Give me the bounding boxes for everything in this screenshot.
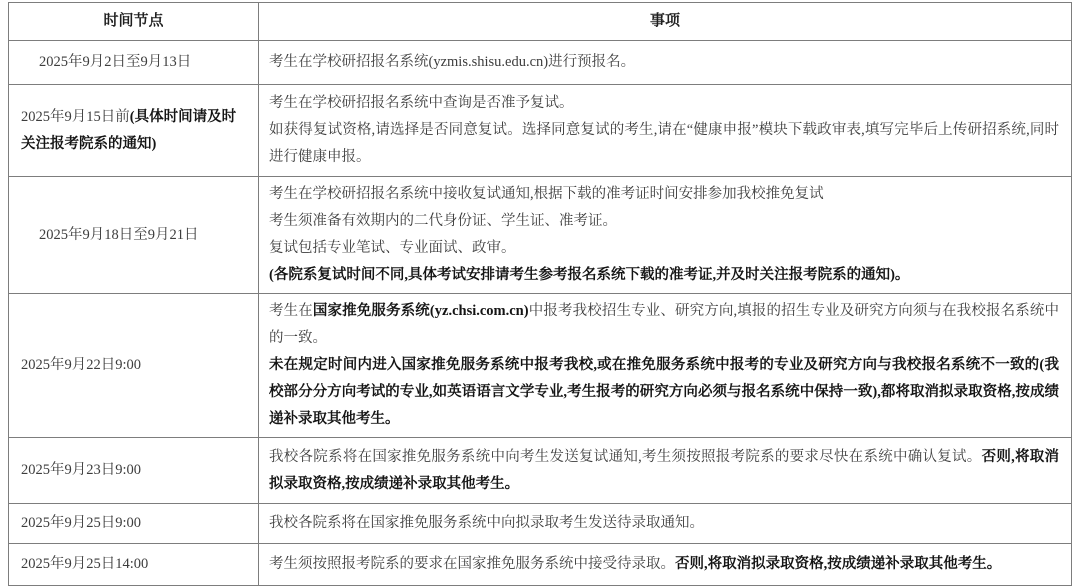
items-cell: 考生在学校研招报名系统(yzmis.shisu.edu.cn)进行预报名。 [259,41,1072,85]
text: 复试包括专业笔试、专业面试、政审。 [269,240,516,256]
items-cell: 考生在学校研招报名系统中接收复试通知,根据下载的准考证时间安排参加我校推免复试考… [259,177,1072,294]
text: 考生在学校研招报名系统中查询是否准予复试。 [269,95,574,111]
time-cell: 2025年9月25日9:00 [9,504,259,544]
table-body: 2025年9月2日至9月13日考生在学校研招报名系统(yzmis.shisu.e… [9,41,1072,586]
table-row: 2025年9月25日9:00我校各院系将在国家推免服务系统中向拟录取考生发送待录… [9,504,1072,544]
items-cell: 考生须按照报考院系的要求在国家推免服务系统中接受待录取。否则,将取消拟录取资格,… [259,544,1072,586]
bold-text: 未在规定时间内进入国家推免服务系统中报考我校,或在推免服务系统中报考的专业及研究… [269,357,1059,427]
page: 时间节点 事项 2025年9月2日至9月13日考生在学校研招报名系统(yzmis… [0,0,1080,581]
table-row: 2025年9月15日前(具体时间请及时关注报考院系的通知)考生在学校研招报名系统… [9,85,1072,177]
table-row: 2025年9月23日9:00我校各院系将在国家推免服务系统中向考生发送复试通知,… [9,438,1072,504]
time-cell: 2025年9月18日至9月21日 [9,177,259,294]
text: 2025年9月18日至9月21日 [39,227,199,243]
text: 2025年9月23日9:00 [21,462,141,478]
text: 如获得复试资格,请选择是否同意复试。选择同意复试的考生,请在“健康申报”模块下载… [269,122,1059,165]
item-paragraph: (各院系复试时间不同,具体考试安排请考生参考报名系统下载的准考证,并及时关注报考… [269,262,1059,289]
text: 我校各院系将在国家推免服务系统中向拟录取考生发送待录取通知。 [269,515,704,531]
text: 2025年9月2日至9月13日 [39,54,191,70]
text: 2025年9月15日前 [21,109,130,125]
time-cell: 2025年9月23日9:00 [9,438,259,504]
time-cell: 2025年9月2日至9月13日 [9,41,259,85]
text: 考生须准备有效期内的二代身份证、学生证、准考证。 [269,213,617,229]
table-row: 2025年9月25日14:00考生须按照报考院系的要求在国家推免服务系统中接受待… [9,544,1072,586]
item-paragraph: 我校各院系将在国家推免服务系统中向拟录取考生发送待录取通知。 [269,510,1059,537]
text: 考生须按照报考院系的要求在国家推免服务系统中接受待录取。 [269,556,675,572]
text: 2025年9月22日9:00 [21,357,141,373]
header-row: 时间节点 事项 [9,3,1072,41]
time-cell: 2025年9月25日14:00 [9,544,259,586]
item-paragraph: 我校各院系将在国家推免服务系统中向考生发送复试通知,考生须按照报考院系的要求尽快… [269,444,1059,498]
time-cell: 2025年9月15日前(具体时间请及时关注报考院系的通知) [9,85,259,177]
bold-text: 否则,将取消拟录取资格,按成绩递补录取其他考生。 [675,556,1001,572]
schedule-table: 时间节点 事项 2025年9月2日至9月13日考生在学校研招报名系统(yzmis… [8,2,1072,586]
text: 考生在学校研招报名系统(yzmis.shisu.edu.cn)进行预报名。 [269,54,635,70]
item-paragraph: 考生在国家推免服务系统(yz.chsi.com.cn)中报考我校招生专业、研究方… [269,298,1059,352]
text: 2025年9月25日9:00 [21,515,141,531]
items-cell: 我校各院系将在国家推免服务系统中向考生发送复试通知,考生须按照报考院系的要求尽快… [259,438,1072,504]
item-paragraph: 考生在学校研招报名系统中查询是否准予复试。 [269,90,1059,117]
table-row: 2025年9月2日至9月13日考生在学校研招报名系统(yzmis.shisu.e… [9,41,1072,85]
text: 考生在学校研招报名系统中接收复试通知,根据下载的准考证时间安排参加我校推免复试 [269,186,824,202]
bold-text: 国家推免服务系统(yz.chsi.com.cn) [313,303,529,319]
item-paragraph: 考生在学校研招报名系统中接收复试通知,根据下载的准考证时间安排参加我校推免复试 [269,181,1059,208]
table-header: 时间节点 事项 [9,3,1072,41]
item-paragraph: 考生须准备有效期内的二代身份证、学生证、准考证。 [269,208,1059,235]
text: 2025年9月25日14:00 [21,556,148,572]
items-cell: 考生在国家推免服务系统(yz.chsi.com.cn)中报考我校招生专业、研究方… [259,294,1072,438]
column-header-time: 时间节点 [9,3,259,41]
items-cell: 考生在学校研招报名系统中查询是否准予复试。如获得复试资格,请选择是否同意复试。选… [259,85,1072,177]
item-paragraph: 考生须按照报考院系的要求在国家推免服务系统中接受待录取。否则,将取消拟录取资格,… [269,551,1059,578]
table-row: 2025年9月18日至9月21日考生在学校研招报名系统中接收复试通知,根据下载的… [9,177,1072,294]
text: 我校各院系将在国家推免服务系统中向考生发送复试通知,考生须按照报考院系的要求尽快… [269,449,982,465]
item-paragraph: 未在规定时间内进入国家推免服务系统中报考我校,或在推免服务系统中报考的专业及研究… [269,352,1059,433]
item-paragraph: 如获得复试资格,请选择是否同意复试。选择同意复试的考生,请在“健康申报”模块下载… [269,117,1059,171]
table-row: 2025年9月22日9:00考生在国家推免服务系统(yz.chsi.com.cn… [9,294,1072,438]
column-header-items: 事项 [259,3,1072,41]
item-paragraph: 考生在学校研招报名系统(yzmis.shisu.edu.cn)进行预报名。 [269,49,1059,76]
bold-text: (各院系复试时间不同,具体考试安排请考生参考报名系统下载的准考证,并及时关注报考… [269,267,909,283]
item-paragraph: 复试包括专业笔试、专业面试、政审。 [269,235,1059,262]
text: 考生在 [269,303,313,319]
time-cell: 2025年9月22日9:00 [9,294,259,438]
items-cell: 我校各院系将在国家推免服务系统中向拟录取考生发送待录取通知。 [259,504,1072,544]
